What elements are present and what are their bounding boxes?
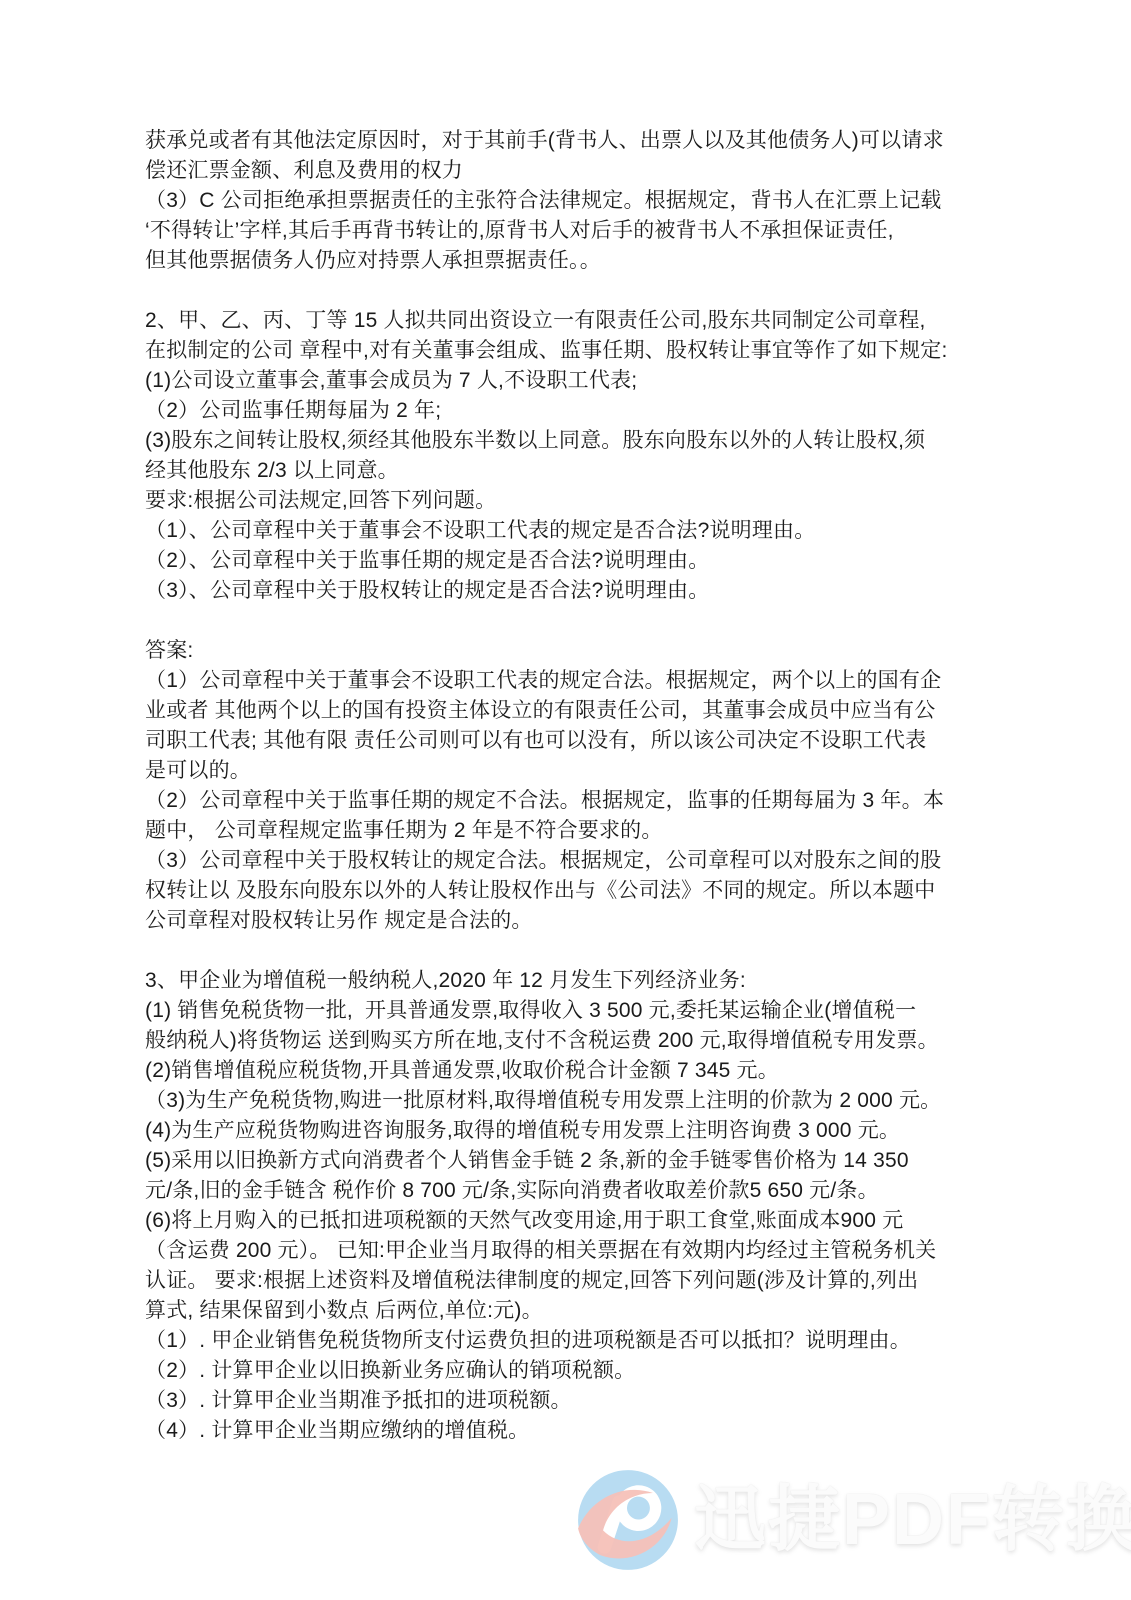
text-line: 元/条,旧的金手链含 税作价 8 700 元/条,实际向消费者收取差价款5 65… bbox=[145, 1176, 1001, 1206]
text-line: （4）. 计算甲企业当期应缴纳的增值税。 bbox=[145, 1416, 1001, 1446]
text-line: （1）、公司章程中关于董事会不设职工代表的规定是否合法?说明理由。 bbox=[145, 516, 1001, 546]
text-line: （3）公司章程中关于股权转让的规定合法。根据规定，公司章程可以对股东之间的股 bbox=[145, 846, 1001, 876]
text-line: 认证。 要求:根据上述资料及增值税法律制度的规定,回答下列问题(涉及计算的,列出 bbox=[145, 1266, 1001, 1296]
text-line: （2）. 计算甲企业以旧换新业务应确认的销项税额。 bbox=[145, 1356, 1001, 1386]
pdf-converter-logo-icon bbox=[576, 1468, 680, 1572]
text-line: 获承兑或者有其他法定原因时，对于其前手(背书人、出票人以及其他债务人)可以请求 bbox=[145, 126, 1001, 156]
text-line: 但其他票据债务人仍应对持票人承担票据责任。。 bbox=[145, 246, 1001, 276]
text-line: (1)公司设立董事会,董事会成员为 7 人,不设职工代表; bbox=[145, 366, 1001, 396]
document-content: 获承兑或者有其他法定原因时，对于其前手(背书人、出票人以及其他债务人)可以请求偿… bbox=[145, 126, 1001, 1476]
text-line: 在拟制定的公司 章程中,对有关董事会组成、监事任期、股权转让事宜等作了如下规定: bbox=[145, 336, 1001, 366]
text-line: 是可以的。 bbox=[145, 756, 1001, 786]
text-line: （3）C 公司拒绝承担票据责任的主张符合法律规定。根据规定，背书人在汇票上记载 bbox=[145, 186, 1001, 216]
text-line: （2）公司监事任期每届为 2 年; bbox=[145, 396, 1001, 426]
document-page: 获承兑或者有其他法定原因时，对于其前手(背书人、出票人以及其他债务人)可以请求偿… bbox=[0, 0, 1131, 1600]
text-line: （2）、公司章程中关于监事任期的规定是否合法?说明理由。 bbox=[145, 546, 1001, 576]
text-line: （3）、公司章程中关于股权转让的规定是否合法?说明理由。 bbox=[145, 576, 1001, 606]
text-line: (1) 销售免税货物一批, 开具普通发票,取得收入 3 500 元,委托某运输企… bbox=[145, 996, 1001, 1026]
text-line: 公司章程对股权转让另作 规定是合法的。 bbox=[145, 906, 1001, 936]
text-line: (2)销售增值税应税货物,开具普通发票,收取价税合计金额 7 345 元。 bbox=[145, 1056, 1001, 1086]
text-line: (3)股东之间转让股权,须经其他股东半数以上同意。股东向股东以外的人转让股权,须 bbox=[145, 426, 1001, 456]
text-line: 算式, 结果保留到小数点 后两位,单位:元)。 bbox=[145, 1296, 1001, 1326]
text-line: 要求:根据公司法规定,回答下列问题。 bbox=[145, 486, 1001, 516]
paragraph-question-3: 3、甲企业为增值税一般纳税人,2020 年 12 月发生下列经济业务:(1) 销… bbox=[145, 966, 1001, 1446]
paragraph-answer-2: 答案:（1）公司章程中关于董事会不设职工代表的规定合法。根据规定，两个以上的国有… bbox=[145, 636, 1001, 936]
watermark-text: 迅捷PDF转换器 bbox=[694, 1468, 1131, 1572]
text-line: 司职工代表; 其他有限 责任公司则可以有也可以没有，所以该公司决定不设职工代表 bbox=[145, 726, 1001, 756]
text-line: （2）公司章程中关于监事任期的规定不合法。根据规定，监事的任期每届为 3 年。本 bbox=[145, 786, 1001, 816]
text-line: 偿还汇票金额、利息及费用的权力 bbox=[145, 156, 1001, 186]
text-line: 2、甲、乙、丙、丁等 15 人拟共同出资设立一有限责任公司,股东共同制定公司章程… bbox=[145, 306, 1001, 336]
text-line: ‘不得转让’字样,其后手再背书转让的,原背书人对后手的被背书人不承担保证责任, bbox=[145, 216, 1001, 246]
paragraph-question-2: 2、甲、乙、丙、丁等 15 人拟共同出资设立一有限责任公司,股东共同制定公司章程… bbox=[145, 306, 1001, 606]
text-line: 业或者 其他两个以上的国有投资主体设立的有限责任公司，其董事会成员中应当有公 bbox=[145, 696, 1001, 726]
text-line: 般纳税人)将货物运 送到购买方所在地,支付不含税运费 200 元,取得增值税专用… bbox=[145, 1026, 1001, 1056]
text-line: 答案: bbox=[145, 636, 1001, 666]
text-line: （1）. 甲企业销售免税货物所支付运费负担的进项税额是否可以抵扣？说明理由。 bbox=[145, 1326, 1001, 1356]
paragraph-question1-answer: 获承兑或者有其他法定原因时，对于其前手(背书人、出票人以及其他债务人)可以请求偿… bbox=[145, 126, 1001, 276]
text-line: （含运费 200 元）。 已知:甲企业当月取得的相关票据在有效期内均经过主管税务… bbox=[145, 1236, 1001, 1266]
converter-watermark: 迅捷PDF转换器 bbox=[576, 1468, 1131, 1572]
text-line: 3、甲企业为增值税一般纳税人,2020 年 12 月发生下列经济业务: bbox=[145, 966, 1001, 996]
text-line: 权转让以 及股东向股东以外的人转让股权作出与《公司法》不同的规定。所以本题中 bbox=[145, 876, 1001, 906]
text-line: (4)为生产应税货物购进咨询服务,取得的增值税专用发票上注明咨询费 3 000 … bbox=[145, 1116, 1001, 1146]
text-line: 经其他股东 2/3 以上同意。 bbox=[145, 456, 1001, 486]
text-line: （3)为生产免税货物,购进一批原材料,取得增值税专用发票上注明的价款为 2 00… bbox=[145, 1086, 1001, 1116]
text-line: （1）公司章程中关于董事会不设职工代表的规定合法。根据规定，两个以上的国有企 bbox=[145, 666, 1001, 696]
text-line: (5)采用以旧换新方式向消费者个人销售金手链 2 条,新的金手链零售价格为 14… bbox=[145, 1146, 1001, 1176]
text-line: (6)将上月购入的已抵扣进项税额的天然气改变用途,用于职工食堂,账面成本900 … bbox=[145, 1206, 1001, 1236]
text-line: （3）. 计算甲企业当期准予抵扣的进项税额。 bbox=[145, 1386, 1001, 1416]
text-line: 题中， 公司章程规定监事任期为 2 年是不符合要求的。 bbox=[145, 816, 1001, 846]
